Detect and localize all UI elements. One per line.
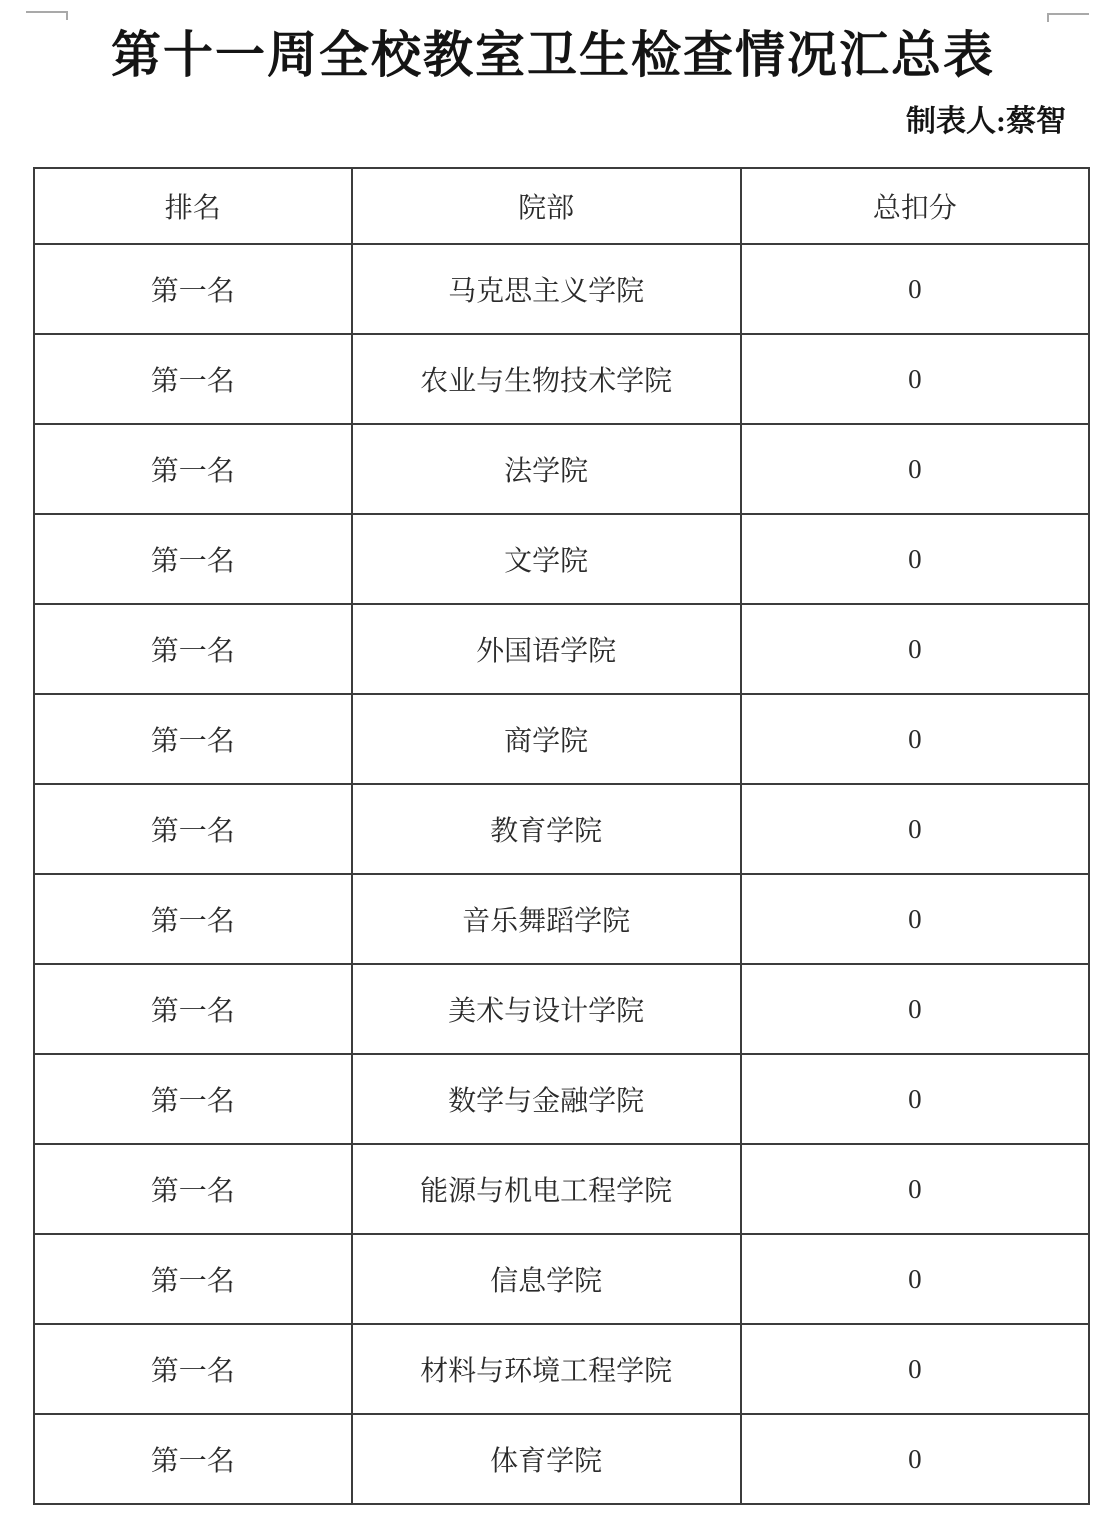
department-cell: 能源与机电工程学院 xyxy=(352,1144,741,1234)
department-cell: 文学院 xyxy=(352,514,741,604)
rank-cell: 第一名 xyxy=(34,964,352,1054)
rank-cell: 第一名 xyxy=(34,604,352,694)
score-cell: 0 xyxy=(741,424,1089,514)
department-cell: 教育学院 xyxy=(352,784,741,874)
department-cell: 外国语学院 xyxy=(352,604,741,694)
margin-crop-mark-top-right xyxy=(1047,13,1089,22)
header-rank: 排名 xyxy=(34,168,352,244)
rank-cell: 第一名 xyxy=(34,1144,352,1234)
score-cell: 0 xyxy=(741,1234,1089,1324)
author-line: 制表人:蔡智 xyxy=(0,102,1066,142)
table-row: 第一名 数学与金融学院 0 xyxy=(34,1054,1089,1144)
table-row: 第一名 音乐舞蹈学院 0 xyxy=(34,874,1089,964)
table-row: 第一名 外国语学院 0 xyxy=(34,604,1089,694)
score-cell: 0 xyxy=(741,964,1089,1054)
score-cell: 0 xyxy=(741,244,1089,334)
header-department: 院部 xyxy=(352,168,741,244)
table-row: 第一名 马克思主义学院 0 xyxy=(34,244,1089,334)
page-title: 第十一周全校教室卫生检查情况汇总表 xyxy=(0,24,1106,86)
rank-cell: 第一名 xyxy=(34,874,352,964)
table-row: 第一名 体育学院 0 xyxy=(34,1414,1089,1504)
department-cell: 美术与设计学院 xyxy=(352,964,741,1054)
score-cell: 0 xyxy=(741,1144,1089,1234)
table-row: 第一名 美术与设计学院 0 xyxy=(34,964,1089,1054)
table-row: 第一名 能源与机电工程学院 0 xyxy=(34,1144,1089,1234)
score-cell: 0 xyxy=(741,1324,1089,1414)
rank-cell: 第一名 xyxy=(34,1414,352,1504)
rank-cell: 第一名 xyxy=(34,1054,352,1144)
table-row: 第一名 信息学院 0 xyxy=(34,1234,1089,1324)
score-cell: 0 xyxy=(741,1054,1089,1144)
department-cell: 商学院 xyxy=(352,694,741,784)
rank-cell: 第一名 xyxy=(34,514,352,604)
department-cell: 马克思主义学院 xyxy=(352,244,741,334)
score-cell: 0 xyxy=(741,874,1089,964)
rank-cell: 第一名 xyxy=(34,784,352,874)
rank-cell: 第一名 xyxy=(34,694,352,784)
department-cell: 体育学院 xyxy=(352,1414,741,1504)
score-cell: 0 xyxy=(741,514,1089,604)
header-score: 总扣分 xyxy=(741,168,1089,244)
table-row: 第一名 教育学院 0 xyxy=(34,784,1089,874)
rank-cell: 第一名 xyxy=(34,244,352,334)
department-cell: 材料与环境工程学院 xyxy=(352,1324,741,1414)
document-page: 第十一周全校教室卫生检查情况汇总表 制表人:蔡智 排名 院部 总扣分 第一名 马… xyxy=(0,0,1106,1525)
department-cell: 数学与金融学院 xyxy=(352,1054,741,1144)
table-row: 第一名 商学院 0 xyxy=(34,694,1089,784)
department-cell: 音乐舞蹈学院 xyxy=(352,874,741,964)
margin-crop-mark-top-left xyxy=(26,11,68,20)
table-row: 第一名 文学院 0 xyxy=(34,514,1089,604)
score-cell: 0 xyxy=(741,784,1089,874)
department-cell: 农业与生物技术学院 xyxy=(352,334,741,424)
table-row: 第一名 材料与环境工程学院 0 xyxy=(34,1324,1089,1414)
rank-cell: 第一名 xyxy=(34,334,352,424)
rank-cell: 第一名 xyxy=(34,1234,352,1324)
table-row: 第一名 法学院 0 xyxy=(34,424,1089,514)
department-cell: 信息学院 xyxy=(352,1234,741,1324)
rank-cell: 第一名 xyxy=(34,1324,352,1414)
score-cell: 0 xyxy=(741,604,1089,694)
score-cell: 0 xyxy=(741,1414,1089,1504)
score-cell: 0 xyxy=(741,334,1089,424)
score-cell: 0 xyxy=(741,694,1089,784)
table-row: 第一名 农业与生物技术学院 0 xyxy=(34,334,1089,424)
hygiene-summary-table: 排名 院部 总扣分 第一名 马克思主义学院 0 第一名 农业与生物技术学院 0 … xyxy=(33,167,1090,1505)
table-header-row: 排名 院部 总扣分 xyxy=(34,168,1089,244)
rank-cell: 第一名 xyxy=(34,424,352,514)
department-cell: 法学院 xyxy=(352,424,741,514)
